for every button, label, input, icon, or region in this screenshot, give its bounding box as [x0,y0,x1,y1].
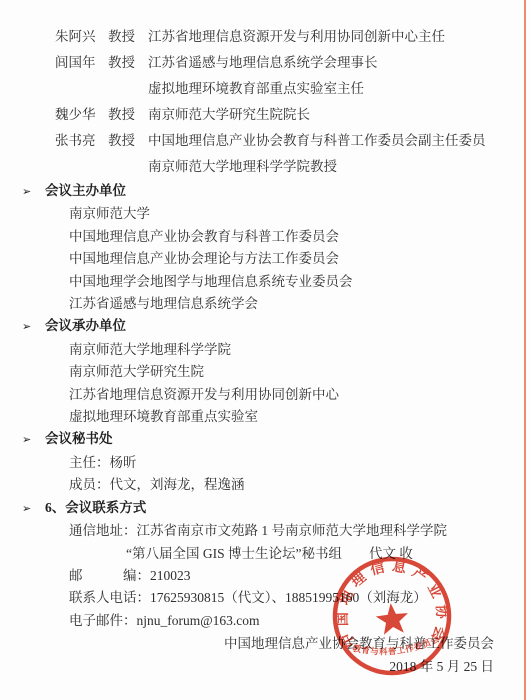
host-item: 江苏省遥感与地理信息系统学会 [0,293,530,315]
section-heading: 6、会议联系方式 [45,497,146,519]
leader-row: 闾国年 教授 江苏省遥感与地理信息系统学会理事长 [0,50,530,76]
leader-name: 闾国年 [55,50,108,76]
leader-row: 朱阿兴 教授 江苏省地理信息资源开发与利用协同创新中心主任 [0,24,530,50]
section-heading: 会议承办单位 [45,315,126,337]
contact-postcode: 邮 编：210023 [0,565,530,587]
leader-role-extra: 南京师范大学地理科学学院教授 [0,154,530,180]
section-heading-row: ➢ 会议主办单位 [0,180,530,203]
section-heading: 会议秘书处 [45,428,113,450]
leader-title: 教授 [108,128,148,154]
contact-phones: 联系人电话：17625930815（代文）、18851995160（刘海龙） [0,587,530,609]
leader-title: 教授 [108,102,148,128]
organizer-item: 南京师范大学研究生院 [0,361,530,383]
document-content: 朱阿兴 教授 江苏省地理信息资源开发与利用协同创新中心主任 闾国年 教授 江苏省… [0,24,530,632]
section-heading: 会议主办单位 [45,180,126,202]
secretariat-members: 成员：代文，刘海龙，程逸涵 [0,474,530,496]
arrow-bullet-icon: ➢ [22,316,45,338]
leader-role: 江苏省地理信息资源开发与利用协同创新中心主任 [148,24,445,50]
organizer-item: 南京师范大学地理科学学院 [0,339,530,361]
leader-title: 教授 [108,24,148,50]
signature-committee: 中国地理信息产业协会教育与科普工作委员会 [224,632,494,655]
leader-row: 张书亮 教授 中国地理信息产业协会教育与科普工作委员会副主任委员 [0,128,530,154]
arrow-bullet-icon: ➢ [22,181,45,203]
section-heading-row: ➢ 会议秘书处 [0,428,530,451]
section-secretariat: ➢ 会议秘书处 主任：杨昕 成员：代文，刘海龙，程逸涵 [0,428,530,496]
leader-name: 朱阿兴 [55,24,108,50]
signature-date: 2018 年 5 月 25 日 [224,655,494,678]
leader-role: 江苏省遥感与地理信息系统学会理事长 [148,50,378,76]
leader-name: 张书亮 [55,128,108,154]
arrow-bullet-icon: ➢ [22,429,45,451]
section-hosts: ➢ 会议主办单位 南京师范大学 中国地理信息产业协会教育与科普工作委员会 中国地… [0,180,530,315]
arrow-bullet-icon: ➢ [22,498,45,520]
contact-email: 电子邮件：njnu_forum@163.com [0,610,530,632]
secretariat-director: 主任：杨昕 [0,452,530,474]
section-heading-row: ➢ 6、会议联系方式 [0,497,530,520]
contact-address-recipient: “第八届全国 GIS 博士生论坛”秘书组 代文 收 [0,543,530,565]
document-page: 朱阿兴 教授 江苏省地理信息资源开发与利用协同创新中心主任 闾国年 教授 江苏省… [0,0,530,700]
organizer-item: 江苏省地理信息资源开发与利用协同创新中心 [0,384,530,406]
organizer-item: 虚拟地理环境教育部重点实验室 [0,406,530,428]
host-item: 中国地理信息产业协会理论与方法工作委员会 [0,248,530,270]
section-heading-row: ➢ 会议承办单位 [0,315,530,338]
section-contact: ➢ 6、会议联系方式 通信地址：江苏省南京市文苑路 1 号南京师范大学地理科学学… [0,497,530,632]
leader-role-extra: 虚拟地理环境教育部重点实验室主任 [0,76,530,102]
leadership-list: 朱阿兴 教授 江苏省地理信息资源开发与利用协同创新中心主任 闾国年 教授 江苏省… [0,24,530,180]
contact-address: 通信地址：江苏省南京市文苑路 1 号南京师范大学地理科学学院 [0,520,530,542]
leader-row: 魏少华 教授 南京师范大学研究生院院长 [0,102,530,128]
section-organizers: ➢ 会议承办单位 南京师范大学地理科学学院 南京师范大学研究生院 江苏省地理信息… [0,315,530,428]
host-item: 中国地理信息产业协会教育与科普工作委员会 [0,226,530,248]
leader-title: 教授 [108,50,148,76]
host-item: 中国地理学会地图学与地理信息系统专业委员会 [0,271,530,293]
leader-role: 中国地理信息产业协会教育与科普工作委员会副主任委员 [148,128,486,154]
signature-block: 中国地理信息产业协会教育与科普工作委员会 2018 年 5 月 25 日 [224,632,494,678]
leader-name: 魏少华 [55,102,108,128]
leader-role: 南京师范大学研究生院院长 [148,102,310,128]
host-item: 南京师范大学 [0,203,530,225]
